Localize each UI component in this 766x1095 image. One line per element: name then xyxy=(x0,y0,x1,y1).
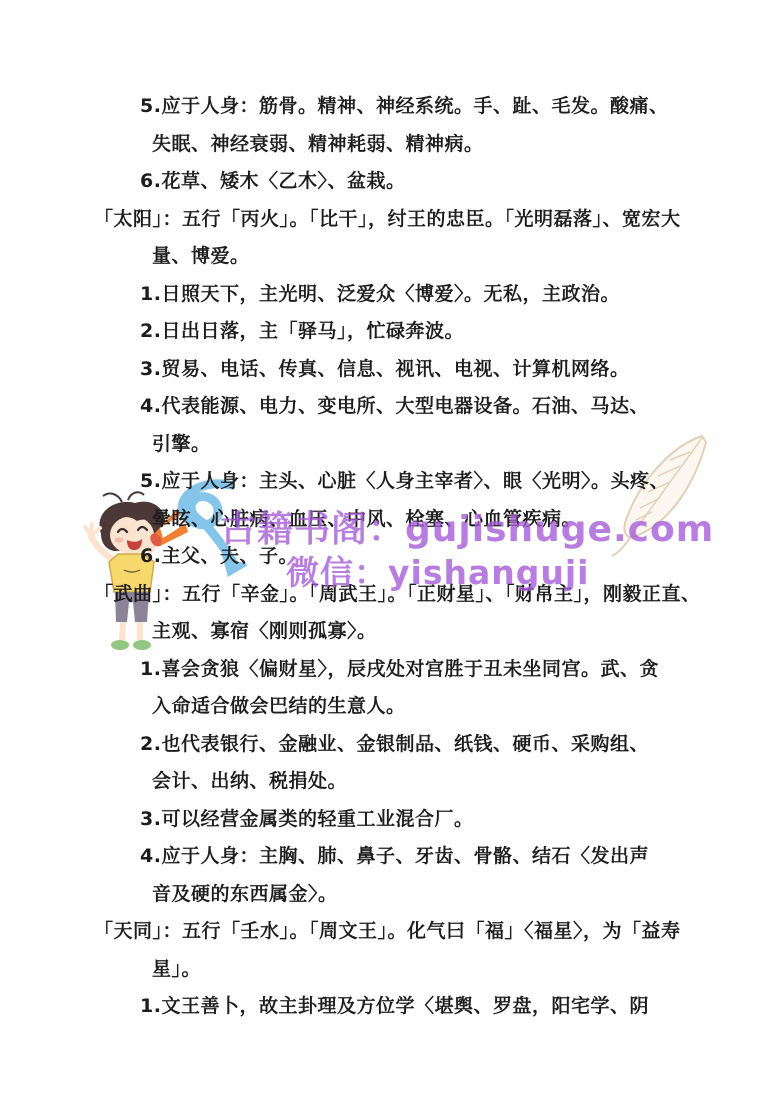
text-line: 5.应于人身：筋骨。精神、神经系统。手、趾、毛发。酸痛、 xyxy=(94,88,701,126)
text-line: 5.应于人身：主头、心脏〈人身主宰者〉、眼〈光明〉。头疼、 xyxy=(94,463,701,501)
text-line: 4.应于人身：主胸、肺、鼻子、牙齿、骨骼、结石〈发出声 xyxy=(94,838,701,876)
text-line: 会计、出纳、税捐处。 xyxy=(94,763,701,801)
text-line: 「太阳」：五行「丙火」。「比干」，纣王的忠臣。「光明磊落」、宽宏大 xyxy=(94,201,701,239)
text-line: 4.代表能源、电力、变电所、大型电器设备。石油、马达、 xyxy=(94,388,701,426)
text-line: 入命适合做会巴结的生意人。 xyxy=(94,688,701,726)
watermark-site-text: 古籍书阁：gujishuge.com xyxy=(220,501,714,552)
text-line: 音及硬的东西属金〉。 xyxy=(94,876,701,914)
text-line: 星」。 xyxy=(94,951,701,989)
watermark-wechat-text: 微信：yishanguji xyxy=(286,547,589,594)
text-line: 主观、寡宿〈刚则孤寡〉。 xyxy=(94,613,701,651)
text-line: 1.日照天下，主光明、泛爱众〈博爱〉。无私，主政治。 xyxy=(94,276,701,314)
text-line: 失眠、神经衰弱、精神耗弱、精神病。 xyxy=(94,126,701,164)
text-line: 1.喜会贪狼〈偏财星〉，辰戌处对宫胜于丑未坐同宫。武、贪 xyxy=(94,651,701,689)
scanned-book-page: 5.应于人身：筋骨。精神、神经系统。手、趾、毛发。酸痛、失眠、神经衰弱、精神耗弱… xyxy=(0,0,766,1095)
text-line: 6.花草、矮木〈乙木〉、盆栽。 xyxy=(94,163,701,201)
text-line: 2.日出日落，主「驿马」，忙碌奔波。 xyxy=(94,313,701,351)
text-line: 3.贸易、电话、传真、信息、视讯、电视、计算机网络。 xyxy=(94,351,701,389)
text-line: 引擎。 xyxy=(94,426,701,464)
text-line: 3.可以经营金属类的轻重工业混合厂。 xyxy=(94,801,701,839)
text-line: 2.也代表银行、金融业、金银制品、纸钱、硬币、采购组、 xyxy=(94,726,701,764)
text-line: 「天同」：五行「壬水」。「周文王」。化气曰「福」〈福星〉，为「益寿 xyxy=(94,913,701,951)
text-line: 量、博爱。 xyxy=(94,238,701,276)
text-line: 1.文王善卜，故主卦理及方位学〈堪舆、罗盘，阳宅学、阴 xyxy=(94,988,701,1026)
